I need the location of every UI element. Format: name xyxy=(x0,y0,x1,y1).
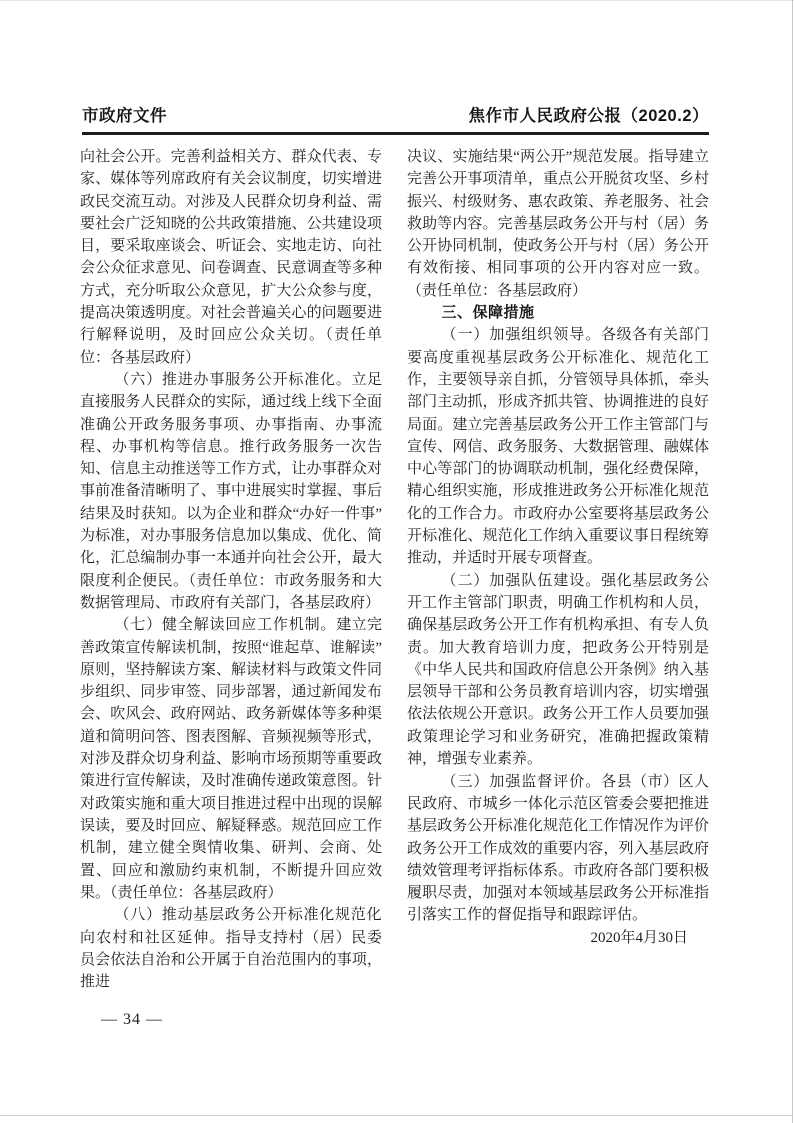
paragraph-continuation: 决议、实施结果“两公开”规范发展。指导建立完善公开事项清单，重点公开脱贫攻坚、乡… xyxy=(407,146,709,302)
paragraph-item-8: （八）推动基层政务公开标准化规范化向农村和社区延伸。指导支持村（居）民委员会依法… xyxy=(80,904,382,993)
paragraph-item-2: （二）加强队伍建设。强化基层政务公开工作主管部门职责，明确工作机构和人员，确保基… xyxy=(407,570,709,771)
paragraph-lead: （三）加强监督评价。 xyxy=(442,774,602,790)
paragraph-text: 各级各有关部门要高度重视基层政务公开标准化、规范化工作，主要领导亲自抓，分管领导… xyxy=(407,327,709,566)
paragraph-item-7: （七）健全解读回应工作机制。建立完善政策宣传解读机制，按照“谁起草、谁解读”原则… xyxy=(80,614,382,904)
header-document-category: 市政府文件 xyxy=(82,102,167,126)
left-column: 向社会公开。完善利益相关方、群众代表、专家、媒体等列席政府有关会议制度，切实增进… xyxy=(80,146,382,993)
paragraph-text: 立足直接服务人民群众的实际，通过线上线下全面准确公开政务服务事项、办事指南、办事… xyxy=(80,372,382,611)
scan-edge-right xyxy=(792,0,793,1123)
paragraph-text: 向社会公开。完善利益相关方、群众代表、专家、媒体等列席政府有关会议制度，切实增进… xyxy=(80,149,382,366)
paragraph-text: 建立完善政策宣传解读机制，按照“谁起草、谁解读”原则，坚持解读方案、解读材料与政… xyxy=(80,617,382,901)
gazette-page: 市政府文件 焦作市人民政府公报（2020.2） 向社会公开。完善利益相关方、群众… xyxy=(0,0,794,1123)
paragraph-lead: （一）加强组织领导。 xyxy=(442,327,602,343)
page-body: 向社会公开。完善利益相关方、群众代表、专家、媒体等列席政府有关会议制度，切实增进… xyxy=(80,146,709,993)
page-number: — 34 — xyxy=(101,1011,163,1029)
section-heading-3: 三、保障措施 xyxy=(407,302,709,324)
scan-edge-top xyxy=(0,0,794,1)
paragraph-item-3: （三）加强监督评价。各县（市）区人民政府、市城乡一体化示范区管委会要把推进基层政… xyxy=(407,771,709,927)
paragraph-continuation: 向社会公开。完善利益相关方、群众代表、专家、媒体等列席政府有关会议制度，切实增进… xyxy=(80,146,382,369)
paragraph-lead: （六）推进办事服务公开标准化。 xyxy=(115,372,352,388)
paragraph-lead: （二）加强队伍建设。 xyxy=(442,573,602,589)
scan-edge-bottom xyxy=(0,1115,792,1116)
right-column: 决议、实施结果“两公开”规范发展。指导建立完善公开事项清单，重点公开脱贫攻坚、乡… xyxy=(407,146,709,993)
paragraph-text: 决议、实施结果“两公开”规范发展。指导建立完善公开事项清单，重点公开脱贫攻坚、乡… xyxy=(407,149,709,299)
header-gazette-title: 焦作市人民政府公报（2020.2） xyxy=(469,102,709,126)
paragraph-text: 各县（市）区人民政府、市城乡一体化示范区管委会要把推进基层政务公开标准化规范化工… xyxy=(407,774,709,924)
page-header: 市政府文件 焦作市人民政府公报（2020.2） xyxy=(82,102,709,126)
header-rule xyxy=(82,132,709,135)
document-date: 2020年4月30日 xyxy=(407,927,709,949)
paragraph-lead: （七）健全解读回应工作机制。 xyxy=(115,617,337,633)
paragraph-item-1: （一）加强组织领导。各级各有关部门要高度重视基层政务公开标准化、规范化工作，主要… xyxy=(407,324,709,569)
paragraph-item-6: （六）推进办事服务公开标准化。立足直接服务人民群众的实际，通过线上线下全面准确公… xyxy=(80,369,382,614)
paragraph-text: 强化基层政务公开工作主管部门职责，明确工作机构和人员，确保基层政务公开工作有机构… xyxy=(407,573,709,767)
